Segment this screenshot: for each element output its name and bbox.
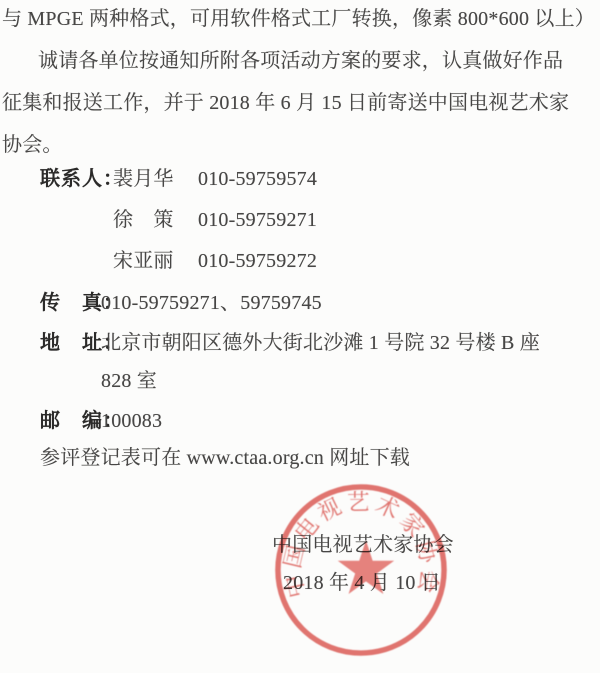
download-note: 参评登记表可在 www.ctaa.org.cn 网址下载 [40, 447, 410, 469]
contacts-label: 联系人： [40, 168, 124, 190]
scanned-notice-page: 与 MPGE 两种格式，可用软件格式工厂转换，像素 800*600 以上） 诚请… [0, 0, 600, 673]
body-text-line-3: 征集和报送工作，并于 2018 年 6 月 15 日前寄送中国电视艺术家 [2, 92, 569, 114]
postal-code-value: 100083 [101, 410, 162, 432]
contact-name: 裴月华 [113, 168, 174, 190]
contact-phone: 010-59759272 [198, 250, 317, 272]
address-value-line-2: 828 室 [101, 370, 157, 392]
fax-value: 010-59759271、59759745 [101, 292, 322, 314]
contact-phone: 010-59759271 [198, 209, 317, 231]
contact-name: 宋亚丽 [113, 250, 174, 272]
contact-phone: 010-59759574 [198, 168, 317, 190]
star-icon [338, 540, 394, 594]
body-text-line-4: 协会。 [2, 134, 63, 156]
official-seal: 中国电视艺术家协会 [272, 481, 450, 659]
body-text-line-1: 与 MPGE 两种格式，可用软件格式工厂转换，像素 800*600 以上） [2, 8, 595, 30]
contact-name: 徐 策 [113, 209, 174, 231]
official-seal-graphic: 中国电视艺术家协会 [272, 481, 450, 659]
body-text-line-2: 诚请各单位按通知所附各项活动方案的要求，认真做好作品 [38, 50, 563, 72]
address-value-line-1: 北京市朝阳区德外大街北沙滩 1 号院 32 号楼 B 座 [101, 332, 540, 354]
